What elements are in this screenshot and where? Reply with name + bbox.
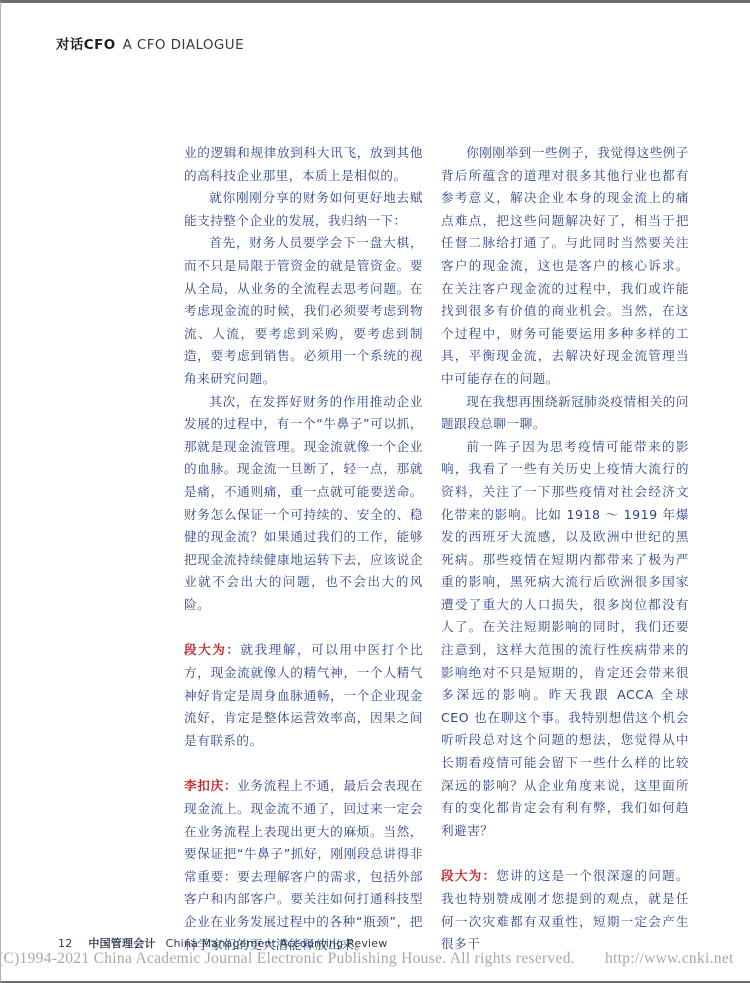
paragraph: 你刚刚举到一些例子，我觉得这些例子背后所蕴含的道理对很多其他行业也都有参考意义，… <box>441 142 689 391</box>
journal-name-zh: 中国管理会计 <box>88 937 155 950</box>
right-column: 你刚刚举到一些例子，我觉得这些例子背后所蕴含的道理对很多其他行业也都有参考意义，… <box>441 142 689 956</box>
section-title-en: A CFO DIALOGUE <box>123 37 244 53</box>
paragraph: 前一阵子因为思考疫情可能带来的影响，我看了一些有关历史上疫情大流行的资料，关注了… <box>441 436 689 843</box>
section-header: 对话CFOA CFO DIALOGUE <box>56 33 244 53</box>
speaker-label: 李扣庆： <box>184 778 237 793</box>
paragraph: 其次，在发挥好财务的作用推动企业发展的过程中，有一个“牛鼻子”可以抓，那就是现金… <box>184 391 423 617</box>
copyright-text: (C)1994-2021 China Academic Journal Elec… <box>0 950 575 967</box>
speaker-label: 段大为： <box>441 868 496 883</box>
paragraph: 首先，财务人员要学会下一盘大棋，而不只是局限于管资金的就是管资金。要从全局，从业… <box>184 232 423 390</box>
paragraph: 业的逻辑和规律放到科大讯飞，放到其他的高科技企业那里，本质上是相似的。 <box>184 142 423 187</box>
paragraph: 段大为：就我理解，可以用中医打个比方，现金流就像人的精气神，一个人精气神好肯定是… <box>184 639 423 752</box>
page-number: 12 <box>58 937 72 950</box>
paragraph: 就你刚刚分享的财务如何更好地去赋能支持整个企业的发展，我归纳一下： <box>184 187 423 232</box>
paragraph: 现在我想再围绕新冠肺炎疫情相关的问题跟段总聊一聊。 <box>441 391 689 436</box>
left-column: 业的逻辑和规律放到科大讯飞，放到其他的高科技企业那里，本质上是相似的。就你刚刚分… <box>184 142 423 956</box>
journal-page: 对话CFOA CFO DIALOGUE 业的逻辑和规律放到科大讯飞，放到其他的高… <box>0 0 750 983</box>
paragraph: 李扣庆：业务流程上不通，最后会表现在现金流上。现金流不通了，回过来一定会在业务流… <box>184 775 423 956</box>
paragraph: 段大为：您讲的这是一个很深邃的问题。我也特别赞成刚才您提到的观点，就是任何一次灾… <box>441 865 689 955</box>
copyright-watermark: (C)1994-2021 China Academic Journal Elec… <box>0 950 750 968</box>
section-title-zh: 对话CFO <box>56 37 116 53</box>
footer-journal-line: 12中国管理会计China Management Accounting Revi… <box>58 935 387 951</box>
journal-name-en: China Management Accounting Review <box>166 937 388 950</box>
cnki-url: http://www.cnki.net <box>605 950 734 967</box>
speaker-label: 段大为： <box>184 642 240 657</box>
